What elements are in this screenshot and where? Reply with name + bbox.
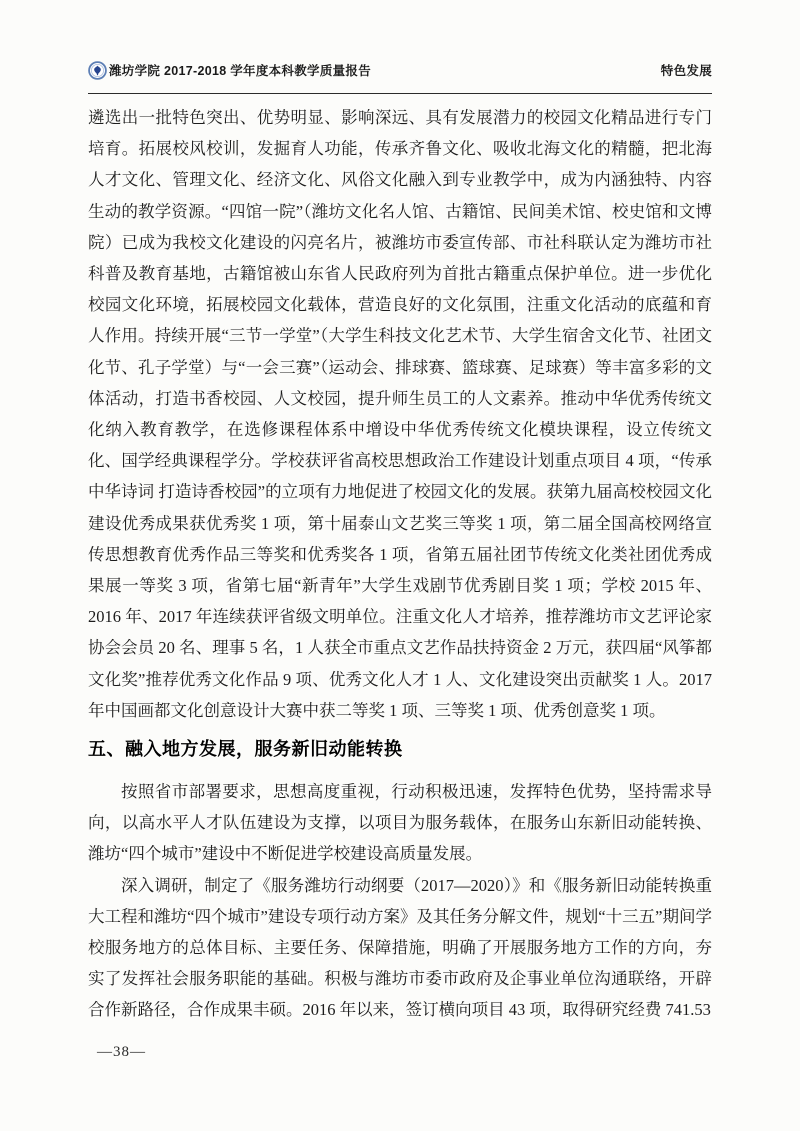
report-title: 潍坊学院 2017-2018 学年度本科教学质量报告	[109, 61, 371, 79]
page-number: —38—	[97, 1044, 146, 1060]
section-heading: 五、融入地方发展，服务新旧动能转换	[88, 735, 712, 763]
document-body: 遴选出一批特色突出、优势明显、影响深远、具有发展潜力的校园文化精品进行专门培育。…	[88, 102, 712, 1026]
paragraph-local-development: 按照省市部署要求，思想高度重视，行动积极迅速，发挥特色优势，坚持需求导向，以高水…	[88, 776, 712, 870]
page-footer: —38—	[97, 1044, 146, 1061]
paragraph-campus-culture: 遴选出一批特色突出、优势明显、影响深远、具有发展潜力的校园文化精品进行专门培育。…	[88, 102, 712, 726]
section-label: 特色发展	[661, 61, 712, 79]
page-header: 潍坊学院 2017-2018 学年度本科教学质量报告 特色发展	[88, 58, 712, 94]
document-page: 潍坊学院 2017-2018 学年度本科教学质量报告 特色发展 遴选出一批特色突…	[0, 0, 800, 1131]
paragraph-service-plans: 深入调研，制定了《服务潍坊行动纲要（2017—2020）》和《服务新旧动能转换重…	[88, 870, 712, 1026]
header-divider	[88, 93, 712, 94]
header-row: 潍坊学院 2017-2018 学年度本科教学质量报告 特色发展	[88, 58, 712, 82]
header-left: 潍坊学院 2017-2018 学年度本科教学质量报告	[88, 61, 371, 80]
university-emblem-icon	[88, 61, 107, 80]
